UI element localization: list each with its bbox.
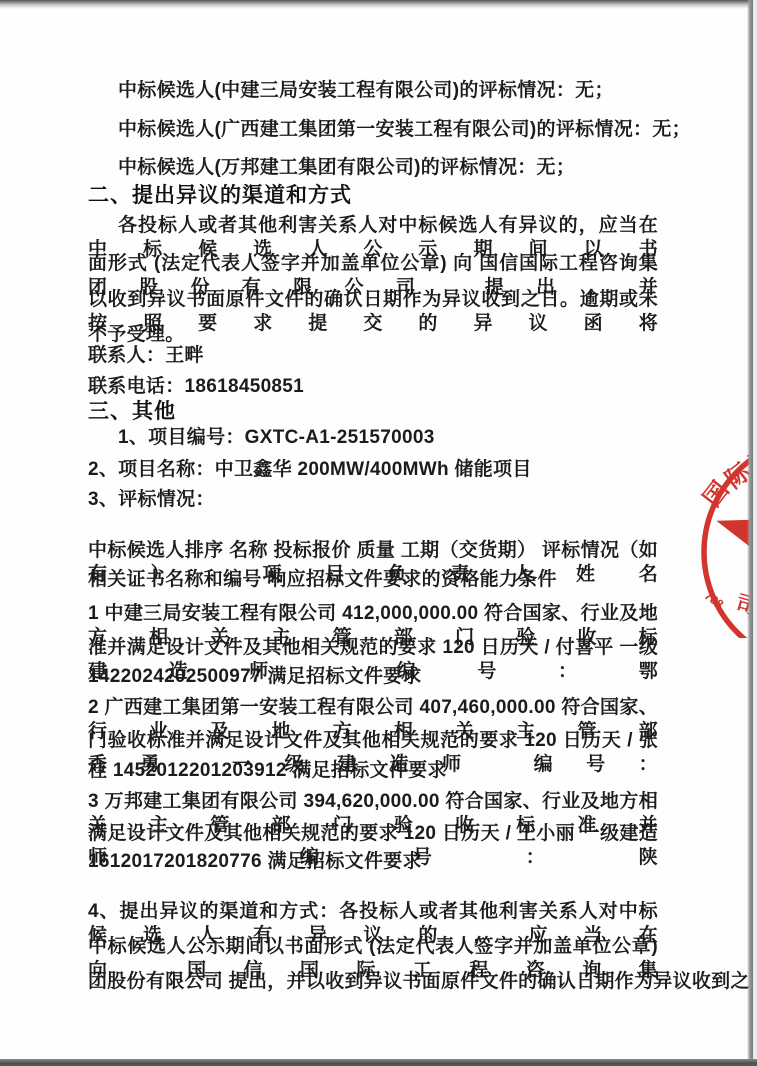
project-number-line: 1、项目编号：GXTC-A1-251570003 xyxy=(88,426,658,450)
document-body: 中标候选人(中建三局安装工程有限公司)的评标情况：无； 中标候选人(广西建工集团… xyxy=(88,0,658,1066)
bidder-row-line: 桂 1452012201203912 满足招标文件要求 xyxy=(88,759,658,783)
section-3-heading: 三、其他 xyxy=(88,400,658,424)
bidder-row-line: 1422024202500977 满足招标文件要求 xyxy=(88,665,658,689)
project-name-line: 2、项目名称：中卫鑫华 200MW/400MWh 储能项目 xyxy=(88,458,658,482)
evaluation-label-line: 3、评标情况： xyxy=(88,488,658,512)
eval-status-line: 中标候选人(中建三局安装工程有限公司)的评标情况：无； xyxy=(88,79,658,103)
eval-status-line: 中标候选人(万邦建工集团有限公司)的评标情况：无； xyxy=(88,156,658,180)
section-2-heading: 二、提出异议的渠道和方式 xyxy=(88,184,658,208)
scan-edge-top xyxy=(0,0,757,9)
scan-edge-bottom xyxy=(0,1059,757,1066)
seal-serial-number: 788 xyxy=(702,588,727,611)
contact-person: 联系人：王畔 xyxy=(88,344,658,368)
item4-paragraph-line: 团股份有限公司 提出，并以收到异议书面原件文件的确认日期作为异议收到之日。逾期或 xyxy=(88,970,658,994)
bidder-row-line: 1612017201820776 满足招标文件要求 xyxy=(88,850,658,874)
scan-edge-right-light xyxy=(753,0,757,1066)
scanned-document-page: 中标候选人(中建三局安装工程有限公司)的评标情况：无； 中标候选人(广西建工集团… xyxy=(0,0,757,1066)
contact-phone: 联系电话：18618450851 xyxy=(88,375,658,399)
table-header-line: 相关证书名称和编号 响应招标文件要求的资格能力条件 xyxy=(88,568,658,592)
eval-status-line: 中标候选人(广西建工集团第一安装工程有限公司)的评标情况：无； xyxy=(88,118,658,142)
